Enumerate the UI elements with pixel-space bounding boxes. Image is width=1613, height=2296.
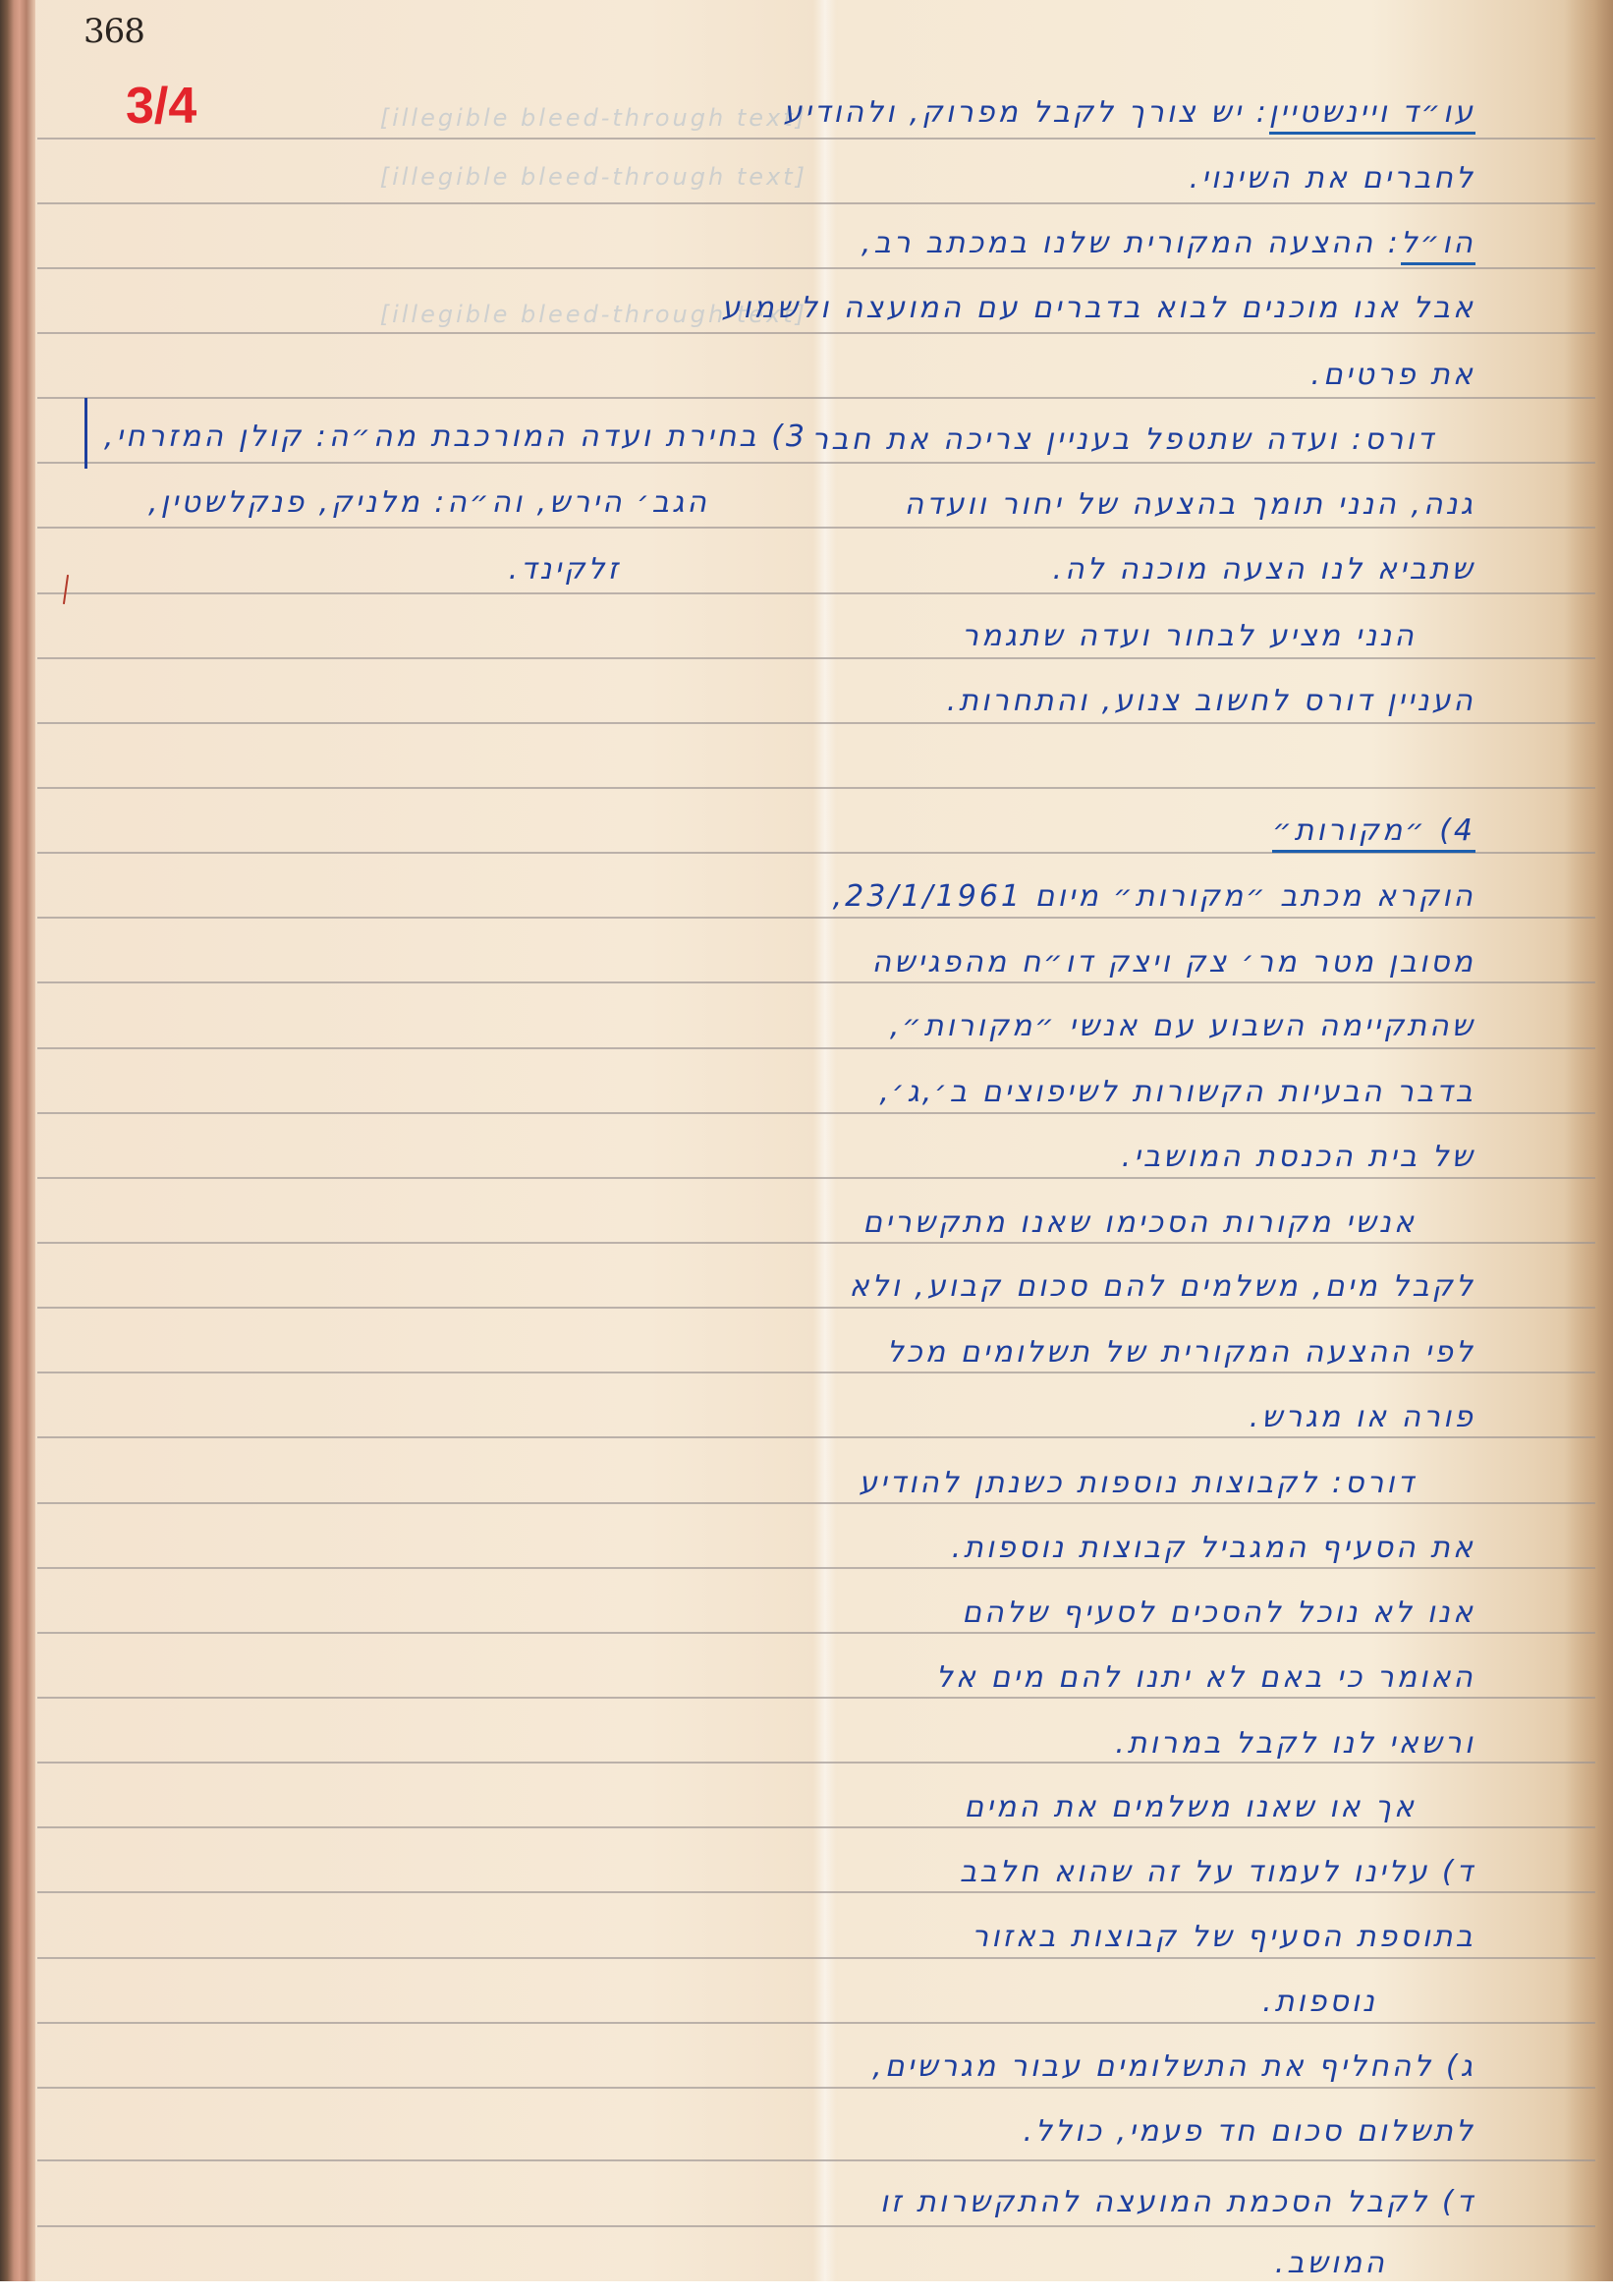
item-4-line: אנו לא נוכל להסכים לסעיף שלהם <box>962 1594 1475 1633</box>
ruled-line <box>37 787 1595 789</box>
minutes-line: דורס: ועדה שתטפל בעניין צריכה את חבר <box>811 420 1436 460</box>
bleed-through-text: [illegible bleed-through text] <box>380 157 807 196</box>
item-4-line: ג) להחליף את התשלומים עבור מגרשים, <box>872 2047 1475 2087</box>
item-4-line: בתוספת הסעיף של קבוצות באזור <box>972 1918 1475 1957</box>
item-4-line: לפי ההצעה המקורית של תשלומים מכל <box>887 1333 1475 1372</box>
ruled-line <box>37 1047 1595 1049</box>
item-4-line: דורס: לקבוצות נוספות כשנתן להודיע <box>859 1464 1417 1503</box>
item-4-line: מסובן מטר מר׳ צק ויצק דו״ח מהפגישה <box>872 943 1475 982</box>
ruled-line <box>37 2022 1595 2024</box>
ruled-line <box>37 2087 1595 2089</box>
minutes-line: לחברים את השינוי. <box>1190 159 1475 198</box>
ruled-line <box>37 1957 1595 1959</box>
ruled-line <box>37 267 1595 269</box>
item-4-line: האומר כי באם לא יתנו להם מים אל <box>936 1658 1475 1698</box>
item-4-line: המושב. <box>1275 2244 1387 2281</box>
item-3-line: הגב׳ הירש, וה״ה: מלניק, פנקלשטין, <box>148 483 709 523</box>
page-fold <box>813 0 837 2281</box>
item-4-line: נוספות. <box>1262 1983 1377 2022</box>
ruled-line <box>37 592 1595 594</box>
item-4-line: הוקרא מכתב ״מקורות״ מיום 23/1/1961, <box>833 877 1475 917</box>
minutes-line: עו״ד ויינשטיין: יש צורך לקבל מפרוק, ולהו… <box>783 93 1475 133</box>
page-marker-3-of-4: 3/4 <box>126 77 196 136</box>
item-4-line: בדבר הבעיות הקשורות לשיפוצים ב׳,ג׳, <box>879 1073 1475 1112</box>
ruled-line <box>37 917 1595 919</box>
minutes-line: שתביא לנו הצעה מוכנה לה. <box>1053 550 1475 589</box>
red-pencil-mark <box>63 575 69 604</box>
item-4-line: את הסעיף המגביל קבוצות נוספות. <box>952 1529 1475 1568</box>
page-edge-shadow <box>1564 0 1613 2281</box>
speaker-text: : ההצעה המקורית שלנו במכתב רב, <box>862 226 1401 260</box>
ruled-line <box>37 1177 1595 1179</box>
item-4-line: של בית הכנסת המושבי. <box>1122 1138 1475 1177</box>
speaker-name: הו״ל <box>1401 226 1475 265</box>
ruled-line <box>37 657 1595 659</box>
item-4-line: לתשלום סכום חד פעמי, כולל. <box>1024 2112 1476 2152</box>
item-4-line: פורה או מגרש. <box>1250 1398 1475 1437</box>
ruled-line <box>37 1307 1595 1309</box>
item-3-line: זלקינד. <box>509 550 621 589</box>
item-4-line: ד) לקבל הסכמת המועצה להתקשרות זו <box>880 2183 1475 2222</box>
ruled-line <box>37 397 1595 399</box>
minutes-line: את פרטים. <box>1310 356 1475 395</box>
ruled-line <box>37 2159 1595 2161</box>
bleed-through-text: [illegible bleed-through text] <box>380 98 807 138</box>
ruled-line <box>37 332 1595 334</box>
item-4-line: לקבל מים, משלמים להם סכום קבוע, ולא <box>849 1267 1475 1307</box>
ruled-line <box>37 1112 1595 1114</box>
item-4-line: ורשאי לנו לקבל במרות. <box>1115 1724 1475 1764</box>
notebook-binding-edge <box>0 0 35 2281</box>
page-number: 368 <box>83 12 144 51</box>
margin-bracket <box>84 398 87 469</box>
ruled-line <box>37 202 1595 204</box>
minutes-line: הו״ל: ההצעה המקורית שלנו במכתב רב, <box>862 224 1475 263</box>
minutes-line: העניין דורס לחשוב צנוע, והתחרות. <box>947 682 1475 721</box>
item-4-line: אנשי מקורות הסכימו שאנו מתקשרים <box>862 1204 1417 1243</box>
speaker-text: : יש צורך לקבל מפרוק, ולהודיע <box>783 95 1268 130</box>
minutes-line: הנני מציע לבחור ועדה שתגמר <box>962 617 1417 656</box>
minutes-line: גנה, הנני תומך בהצעה של יחור וועדה <box>905 485 1475 525</box>
ruled-line <box>37 138 1595 140</box>
notebook-scan: 368 3/4 [illegible bleed-through text] [… <box>0 0 1613 2281</box>
ruled-line <box>37 722 1595 724</box>
item-4-line: ד) עלינו לעמוד על זה שהוא חלבב <box>960 1853 1475 1892</box>
minutes-line: אבל אנו מוכנים לבוא בדברים עם המועצה ולש… <box>721 289 1475 328</box>
item-4-line: שהתקיימה השבוע עם אנשי ״מקורות״, <box>890 1007 1475 1046</box>
ruled-line <box>37 2225 1595 2227</box>
ruled-line <box>37 527 1595 529</box>
item-3-line: 3) בחירת ועדה המורכבת מה״ה: קולן המזרחי, <box>104 418 807 457</box>
item-4-line: אך או שאנו משלמים את המים <box>964 1788 1417 1827</box>
ruled-line <box>37 462 1595 464</box>
speaker-name: עו״ד ויינשטיין <box>1269 95 1475 135</box>
item-4-heading: 4) ״מקורות״ <box>1272 812 1475 851</box>
